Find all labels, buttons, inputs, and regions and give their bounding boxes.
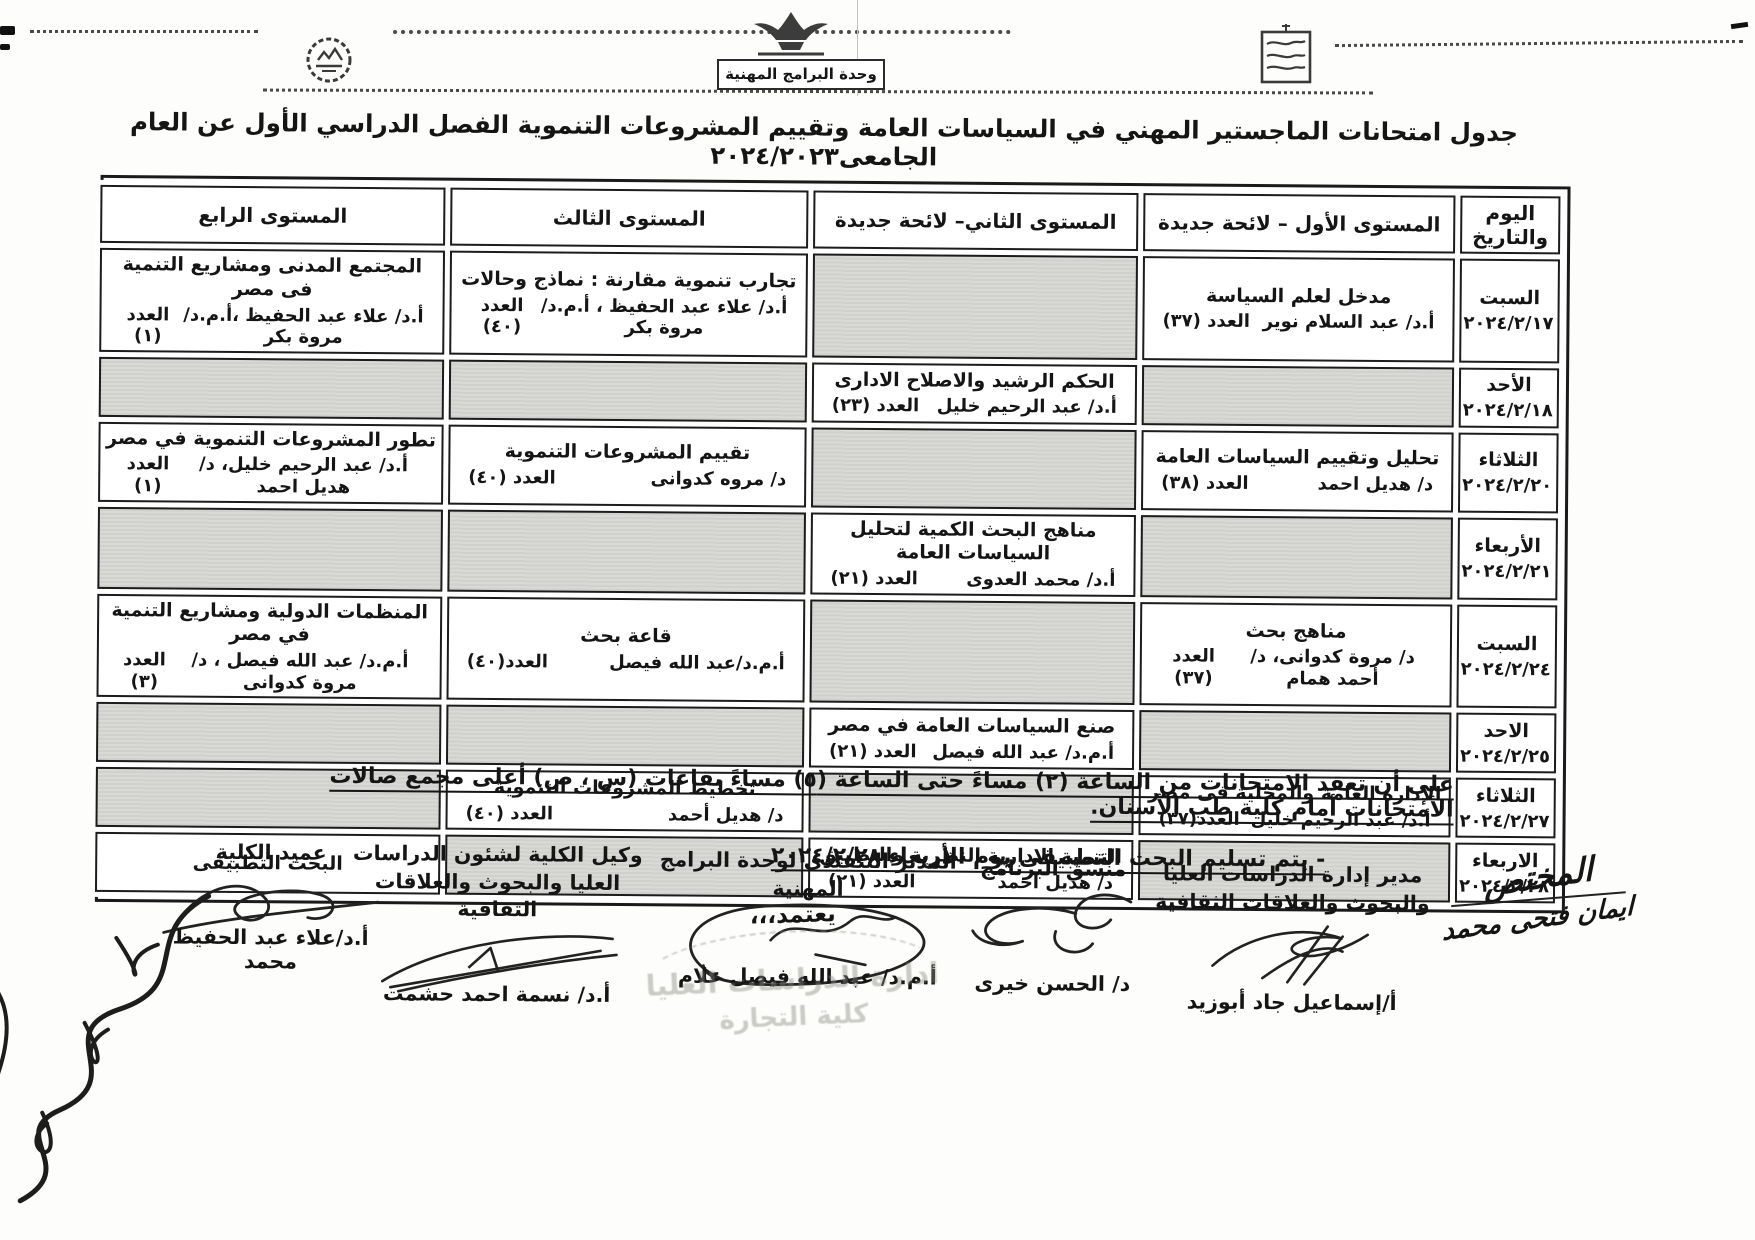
approval-area: يعتمد،،، ادارة الدراسات العليا كلية التج… bbox=[602, 901, 983, 1034]
col-header-level-1: المستوى الأول – لائحة جديدة bbox=[1143, 193, 1455, 253]
table-row: الأحد٢٠٢٤/٢/١٨الحكم الرشيد والاصلاح الاد… bbox=[99, 357, 1559, 428]
empty-cell bbox=[811, 427, 1137, 509]
empty-cell bbox=[446, 705, 804, 768]
table-row: السبت٢٠٢٤/٢/٢٤مناهج بحثد/ مروة كدوانى، د… bbox=[96, 594, 1557, 709]
empty-cell bbox=[1139, 710, 1451, 772]
signature-name: د/ الحسن خيرى bbox=[957, 970, 1147, 995]
empty-cell bbox=[809, 599, 1135, 705]
empty-cell bbox=[99, 357, 444, 420]
table-row: السبت٢٠٢٤/٢/١٧مدخل لعلم السياسةأ.د/ عبد … bbox=[99, 248, 1560, 363]
tilted-scan-content: جدول امتحانات الماجستير المهني في السياس… bbox=[0, 0, 1755, 1240]
signature-title: منسق البرنامج bbox=[958, 855, 1148, 884]
course-cell: مدخل لعلم السياسةأ.د/ عبد السلام نويرالع… bbox=[1142, 256, 1455, 362]
signature-scribble-icon bbox=[1192, 916, 1393, 988]
signature-block-director-studies: مدير إدارة الدراسات العليا والبحوث والعل… bbox=[1154, 860, 1430, 1015]
signature-scribble-icon bbox=[960, 882, 1146, 967]
course-cell: قاعة بحثأ.م.د/عبد الله فيصلالعدد(٤٠) bbox=[446, 596, 805, 702]
signature-title: عميد الكلية bbox=[146, 838, 396, 868]
day-date-cell: الثلاثاء٢٠٢٤/٢/٢٧ bbox=[1455, 778, 1555, 839]
day-date-cell: الاحد٢٠٢٤/٢/٢٥ bbox=[1456, 713, 1556, 774]
signature-block-mokhtas: المختص ايمان فتحى محمد bbox=[1428, 856, 1649, 935]
day-date-cell: السبت٢٠٢٤/٢/٢٤ bbox=[1456, 604, 1557, 708]
empty-cell bbox=[812, 254, 1138, 360]
sheet: وحدة البرامج المهنية جدول امتحانات الماج… bbox=[0, 0, 1755, 1240]
course-cell: تحليل وتقييم السياسات العامةد/ هديل احمد… bbox=[1141, 430, 1454, 512]
course-cell: المجتمع المدنى ومشاريع التنمية فى مصرأ.د… bbox=[99, 248, 445, 354]
empty-cell bbox=[1140, 515, 1453, 600]
note-exam-times: على أن تعقد الامتحانات من الساعة (٢) مسا… bbox=[314, 764, 1454, 823]
empty-cell bbox=[447, 509, 806, 594]
signature-area: المختص ايمان فتحى محمد مدير إدارة الدراس… bbox=[0, 831, 1748, 1240]
course-cell: تقييم المشروعات التنمويةد/ مروه كدوانىال… bbox=[448, 424, 807, 507]
signature-name: أ/إسماعيل جاد أبوزيد bbox=[1154, 990, 1429, 1016]
day-date-cell: الثلاثاء٢٠٢٤/٢/٢٠ bbox=[1458, 432, 1559, 513]
day-date-cell: السبت٢٠٢٤/٢/١٧ bbox=[1459, 259, 1560, 363]
signature-title: مدير إدارة الدراسات العليا والبحوث والعل… bbox=[1155, 860, 1430, 918]
col-header-level-2: المستوى الثاني– لائحة جديدة bbox=[813, 191, 1138, 252]
signature-block-coordinator: منسق البرنامج د/ الحسن خيرى bbox=[957, 855, 1148, 996]
scanned-document: { "colors": { "ink": "#151515", "shaded_… bbox=[0, 0, 1755, 1240]
faint-stamp: ادارة الدراسات العليا كلية التجارة bbox=[600, 922, 984, 1041]
table-row: الثلاثاء٢٠٢٤/٢/٢٠تحليل وتقييم السياسات ا… bbox=[98, 422, 1559, 513]
course-cell: صنع السياسات العامة في مصرأ.م.د/ عبد الل… bbox=[809, 708, 1134, 771]
col-header-level-4: المستوى الرابع bbox=[100, 185, 445, 246]
col-header-day-date: اليوم والتاريخ bbox=[1460, 196, 1560, 255]
course-cell: الحكم الرشيد والاصلاح الادارىأ.د/ عبد ال… bbox=[812, 362, 1137, 425]
col-header-level-3: المستوى الثالث bbox=[450, 188, 808, 249]
day-date-cell: الأربعاء٢٠٢٤/٢/٢١ bbox=[1457, 517, 1558, 600]
empty-cell bbox=[1142, 365, 1454, 427]
document-title: جدول امتحانات الماجستير المهني في السياس… bbox=[129, 107, 1519, 176]
empty-cell bbox=[449, 359, 807, 422]
course-cell: تطور المشروعات التنموية في مصرأ.د/ عبد ا… bbox=[98, 422, 444, 505]
empty-cell bbox=[96, 702, 441, 765]
empty-cell bbox=[97, 507, 443, 592]
course-cell: المنظمات الدولية ومشاريع التنمية في مصرأ… bbox=[96, 594, 442, 700]
course-cell: مناهج بحثد/ مروة كدوانى، د/أحمد همامالعد… bbox=[1139, 602, 1452, 708]
course-cell: مناهج البحث الكمية لتحليل السياسات العام… bbox=[810, 512, 1136, 597]
day-date-cell: الأحد٢٠٢٤/٢/١٨ bbox=[1459, 367, 1559, 428]
corner-signature-flourish-icon bbox=[0, 879, 237, 1221]
table-header-row: اليوم والتاريخ المستوى الأول – لائحة جدي… bbox=[100, 185, 1560, 254]
table-row: الأربعاء٢٠٢٤/٢/٢١مناهج البحث الكمية لتحل… bbox=[97, 507, 1558, 601]
course-cell: تجارب تنموية مقارنة : نماذج وحالاتأ.د/ ع… bbox=[449, 251, 808, 357]
